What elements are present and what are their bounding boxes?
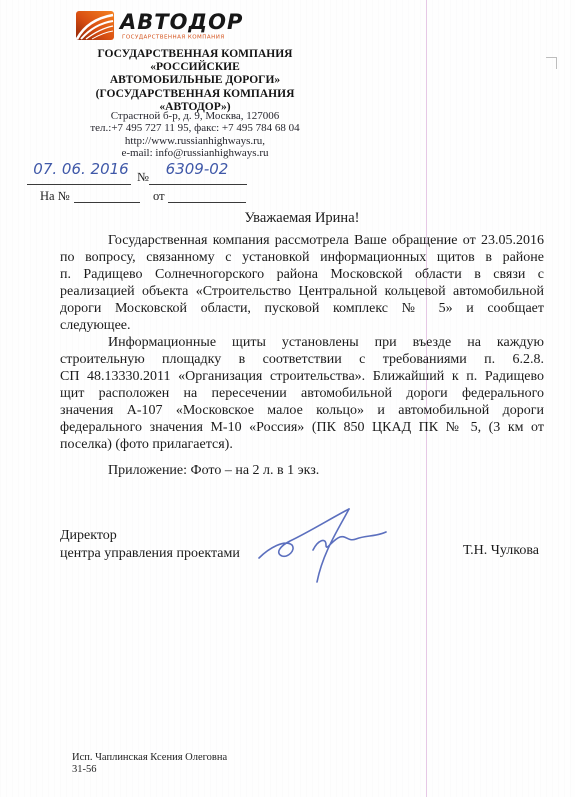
brand-name: АВТОДОР: [120, 11, 243, 33]
scan-corner-mark: [546, 57, 557, 69]
org-name-line: (ГОСУДАРСТВЕННАЯ КОМПАНИЯ: [30, 88, 360, 101]
executor-note: Исп. Чаплинская Ксения Олеговна: [72, 752, 227, 764]
body-line: СП 48.13330.2011 «Организация строительс…: [60, 368, 544, 385]
doc-number-handwritten: 6309-02: [149, 160, 245, 178]
body-line: строительную площадку в соответствии с т…: [60, 351, 544, 368]
number-sign-label: №: [137, 170, 149, 185]
body-line: по вопросу, связанному с установкой инфо…: [60, 249, 544, 266]
logo-text: АВТОДОР ГОСУДАРСТВЕННАЯ КОМПАНИЯ: [120, 11, 243, 41]
signature-scribble: [255, 506, 395, 586]
address-line: e-mail: info@russianhighways.ru: [30, 147, 360, 159]
road-swoosh-icon: [76, 11, 114, 40]
brand-tagline: ГОСУДАРСТВЕННАЯ КОМПАНИЯ: [122, 34, 234, 40]
reply-date-underline: [168, 202, 246, 203]
body-line: следующее.: [60, 317, 544, 334]
signatory-title-line: центра управления проектами: [60, 545, 240, 563]
salutation: Уважаемая Ирина!: [60, 210, 544, 227]
org-name-line: АВТОМОБИЛЬНЫЕ ДОРОГИ»: [30, 74, 360, 87]
reply-from-label: от: [153, 189, 165, 204]
address-block: Страстной б-р, д. 9, Москва, 127006 тел.…: [30, 110, 360, 160]
reply-number-underline: [74, 202, 140, 203]
body-line: поселка) (фото прилагается).: [60, 436, 544, 453]
executor-block: Исп. Чаплинская Ксения Олеговна 31-56: [72, 752, 227, 776]
letterhead-logo: АВТОДОР ГОСУДАРСТВЕННАЯ КОМПАНИЯ: [76, 11, 243, 41]
body-line: федерального значения М-10 «Россия» (ПК …: [60, 419, 544, 436]
body-line: реализацией объекта «Строительство Центр…: [60, 283, 544, 300]
number-underline: [149, 184, 247, 185]
org-name-line: ГОСУДАРСТВЕННАЯ КОМПАНИЯ: [30, 48, 360, 61]
letter-body: Государственная компания рассмотрела Ваш…: [60, 232, 544, 453]
attachment-line: Приложение: Фото – на 2 л. в 1 экз.: [108, 463, 319, 479]
body-line: п. Радищево Солнечногорского района Моск…: [60, 266, 544, 283]
executor-phone: 31-56: [72, 764, 227, 776]
body-line: дороги Московской области, пусковой комп…: [60, 300, 544, 317]
signatory-title-line: Директор: [60, 527, 240, 545]
date-handwritten: 07. 06. 2016: [30, 160, 132, 178]
scanned-letter-page: АВТОДОР ГОСУДАРСТВЕННАЯ КОМПАНИЯ ГОСУДАР…: [0, 0, 575, 797]
org-name-line: «РОССИЙСКИЕ: [30, 61, 360, 74]
address-line: Страстной б-р, д. 9, Москва, 127006: [30, 110, 360, 122]
signatory-name: Т.Н. Чулкова: [463, 543, 539, 559]
address-line: тел.:+7 495 727 11 95, факс: +7 495 784 …: [30, 122, 360, 134]
date-underline: [27, 184, 131, 185]
org-name-block: ГОСУДАРСТВЕННАЯ КОМПАНИЯ «РОССИЙСКИЕ АВТ…: [30, 48, 360, 114]
reply-ref-label: На №: [40, 189, 70, 204]
body-line: щит расположен на пересечении автомобиль…: [60, 385, 544, 402]
body-line: Государственная компания рассмотрела Ваш…: [60, 232, 544, 249]
address-line: http://www.russianhighways.ru,: [30, 135, 360, 147]
signatory-title: Директор центра управления проектами: [60, 527, 240, 562]
body-line: значения А-107 «Московское малое кольцо»…: [60, 402, 544, 419]
body-line: Информационные щиты установлены при въез…: [60, 334, 544, 351]
